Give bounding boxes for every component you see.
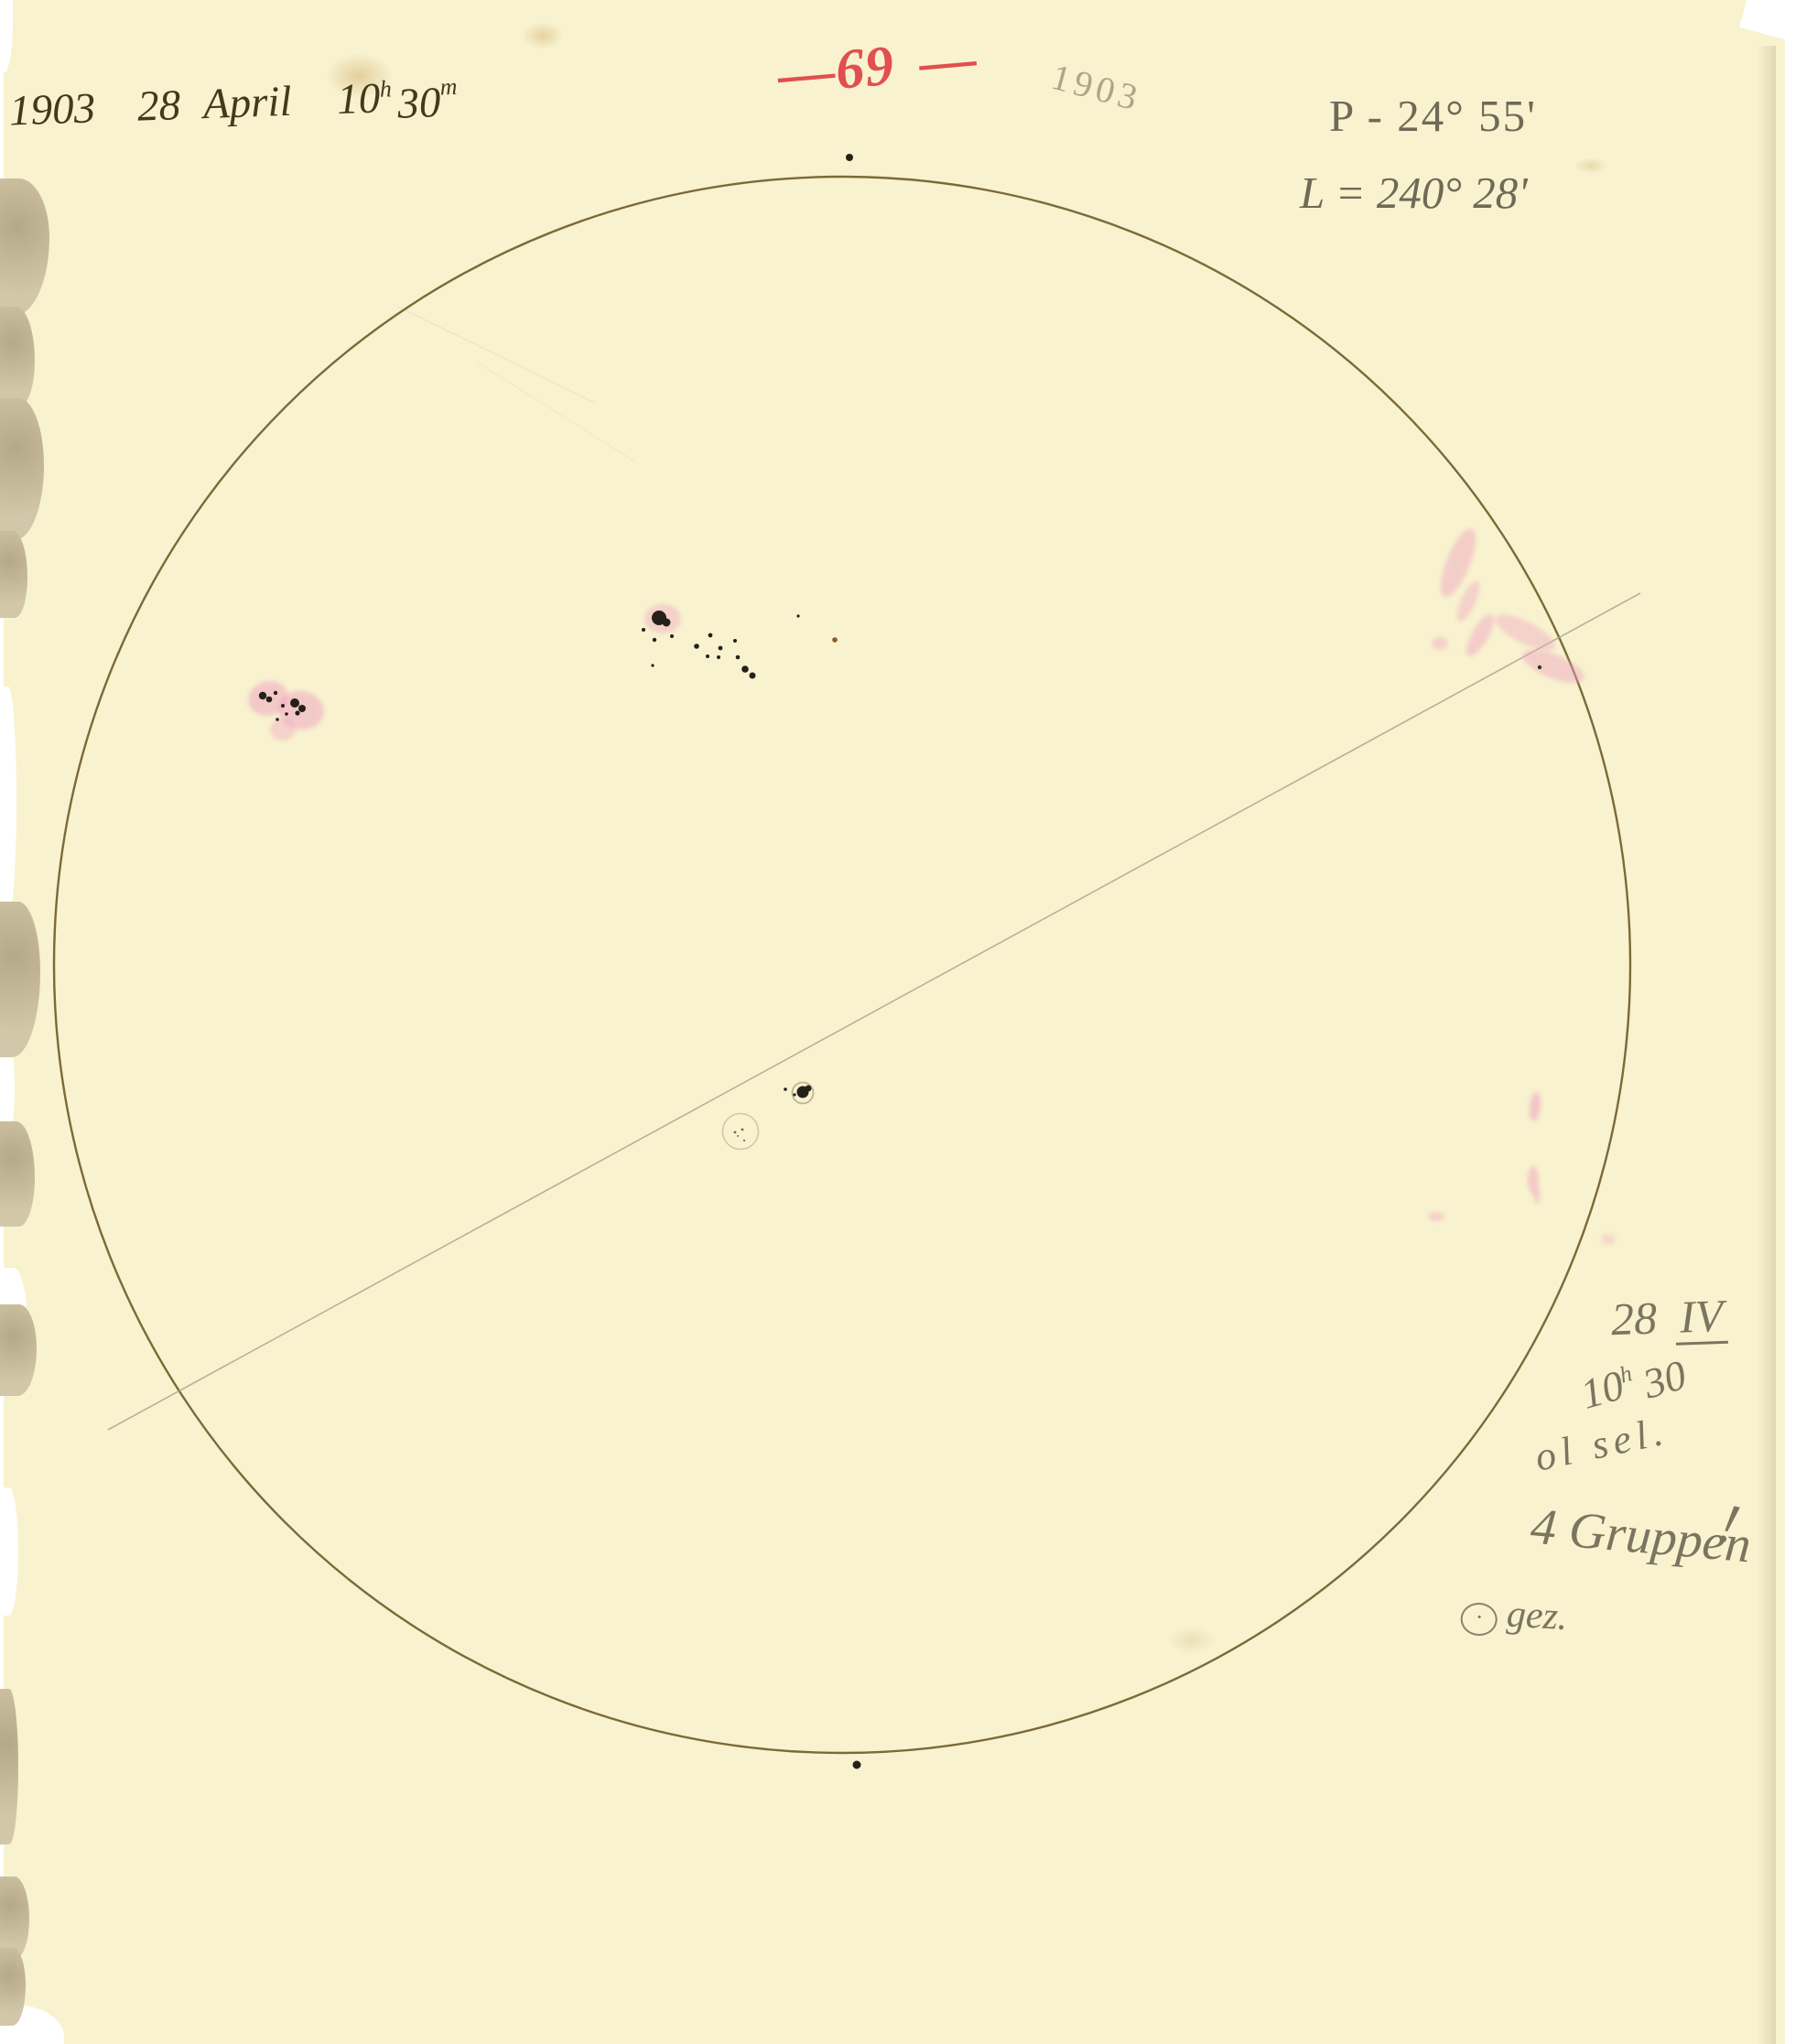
longitude-l-text: L = 240° 28'	[1300, 168, 1528, 218]
observation-date: 28 April	[136, 78, 292, 131]
note-date: 28IV	[1610, 1289, 1728, 1346]
position-angle-p-text: P - 24° 55'	[1329, 91, 1537, 141]
circled-mark-icon: ·	[1460, 1602, 1498, 1637]
observation-hour: 10	[336, 74, 381, 124]
minute-superscript: m	[439, 73, 458, 101]
note-date-month: IV	[1674, 1290, 1728, 1346]
torn-edge-fragment	[0, 1689, 18, 1844]
position-angle-p: P - 24° 55'	[1329, 90, 1537, 142]
page-number-value: 69	[833, 35, 897, 102]
torn-edge-fragment	[0, 1876, 29, 1959]
observation-year: 1903	[8, 84, 96, 135]
scan-background-right	[1785, 0, 1806, 2044]
longitude-l: L = 240° 28'	[1300, 167, 1528, 219]
page-number-dash-right: —	[917, 27, 980, 94]
note-date-day: 28	[1610, 1292, 1658, 1345]
torn-edge-gap	[0, 1487, 18, 1616]
torn-edge-gap	[0, 687, 16, 915]
note-signature: ·gez.	[1460, 1590, 1569, 1640]
page-number-dash-left: —	[775, 39, 838, 106]
observation-minute: 30	[396, 79, 441, 128]
hour-superscript: h	[379, 75, 392, 102]
paper-edge-crease	[1757, 46, 1776, 2044]
note-signature-text: gez.	[1506, 1594, 1569, 1638]
solar-disk-drawing	[0, 0, 1806, 2044]
